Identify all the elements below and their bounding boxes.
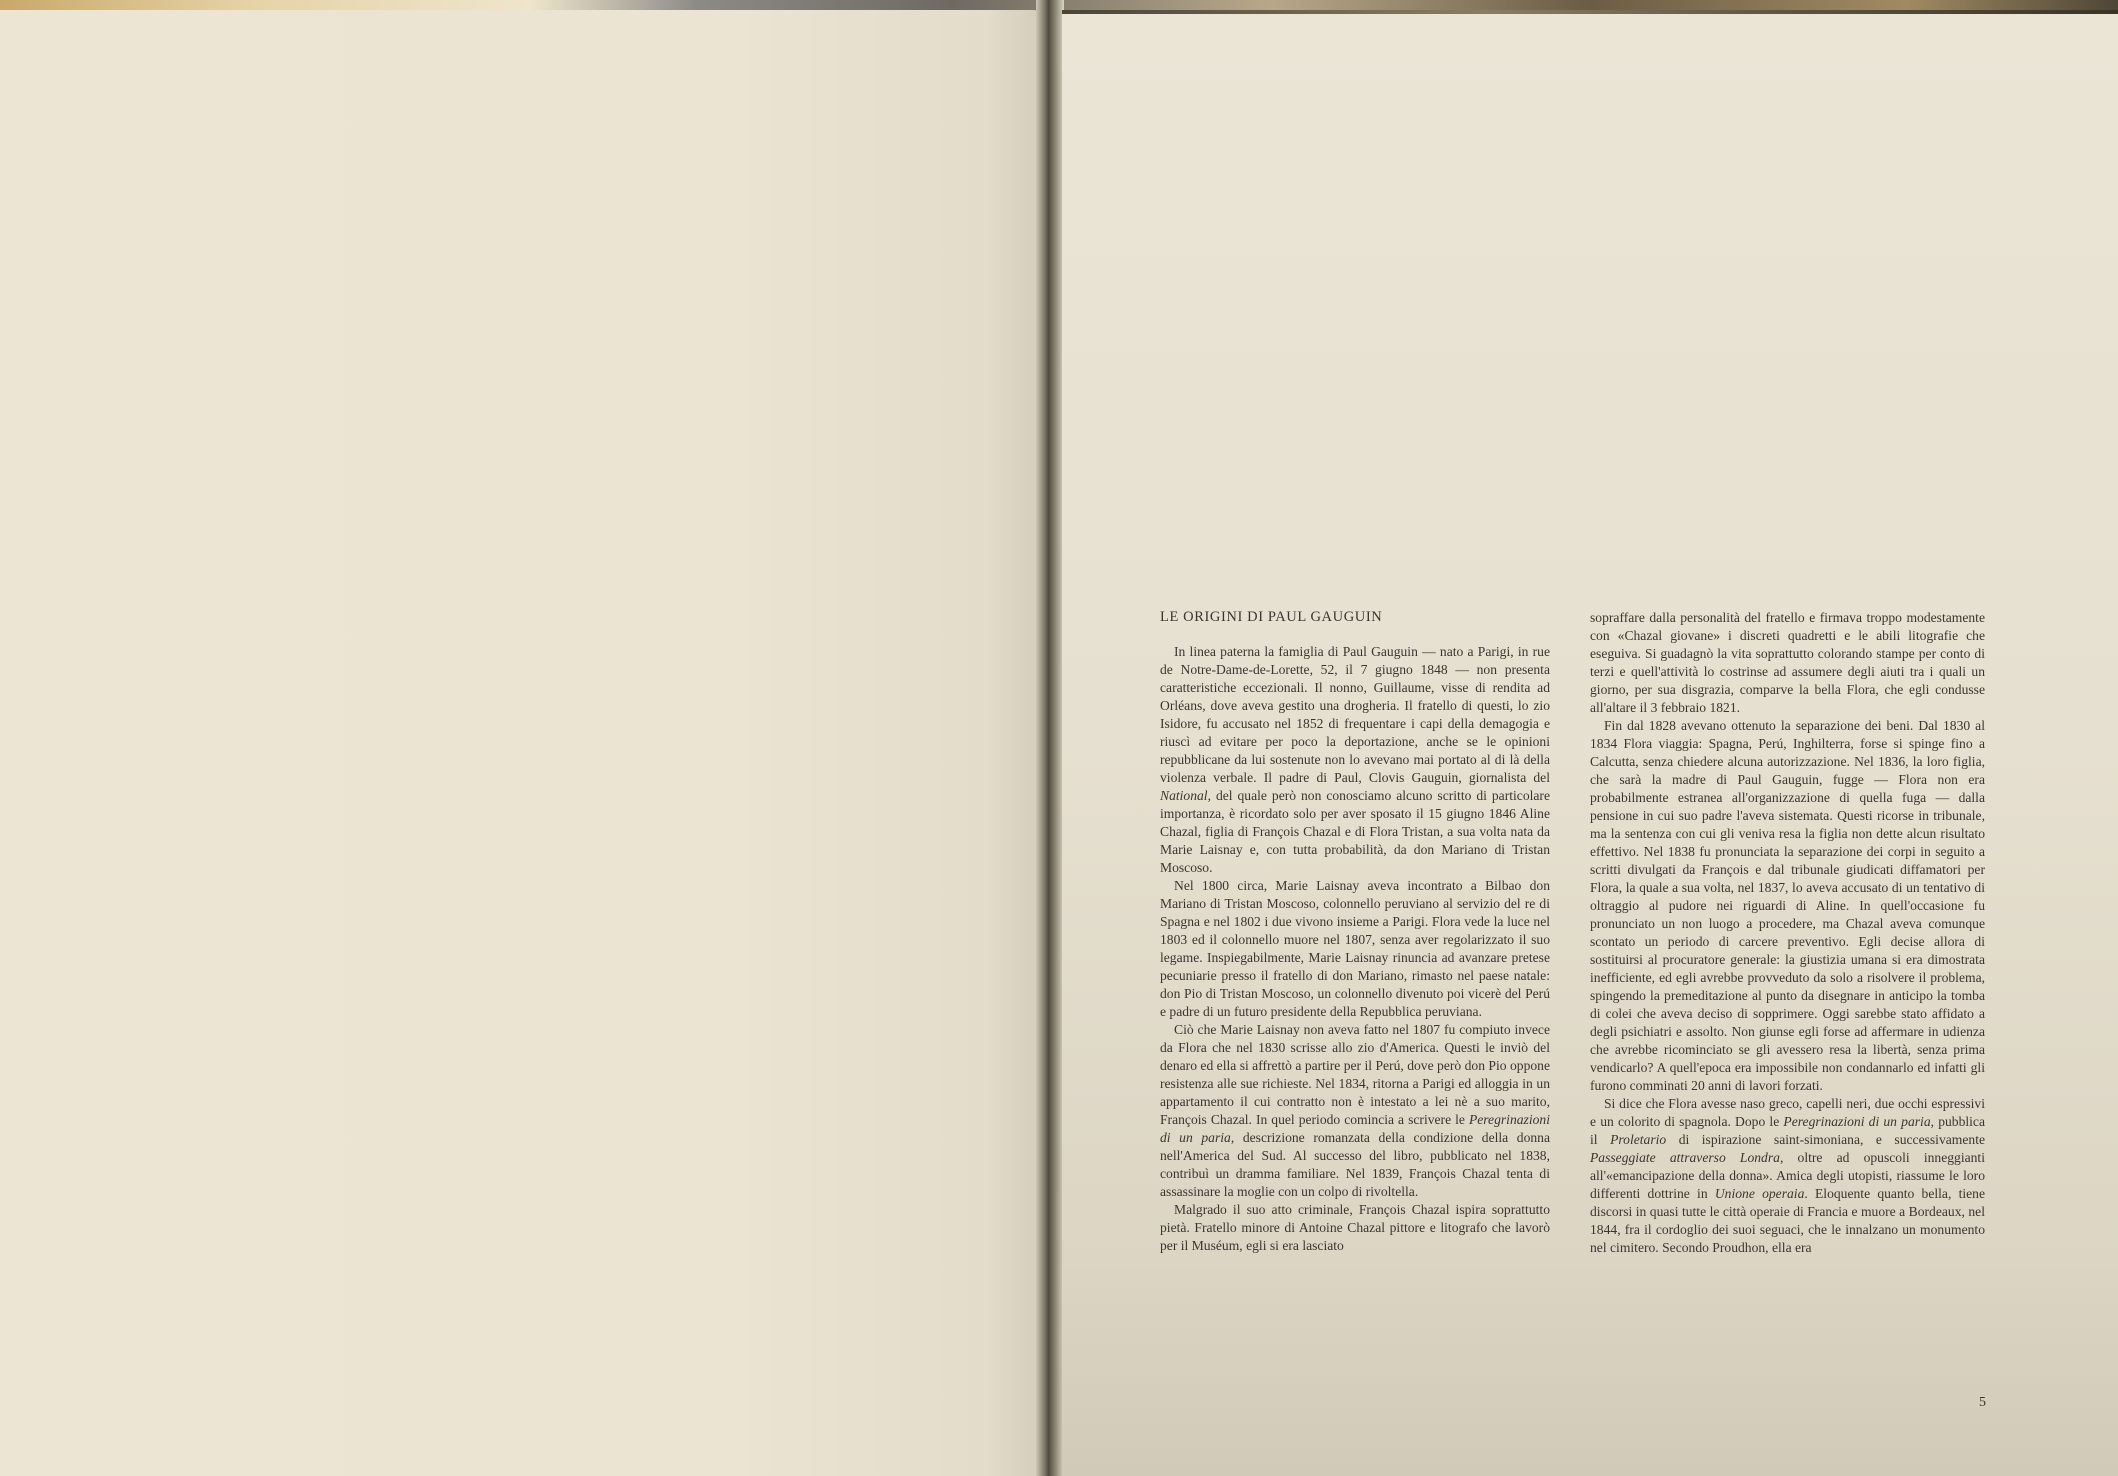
italic-title: Unione operaia xyxy=(1715,1186,1805,1201)
paragraph: Nel 1800 circa, Marie Laisnay aveva inco… xyxy=(1160,877,1550,1021)
paragraph: Malgrado il suo atto criminale, François… xyxy=(1160,1201,1550,1255)
italic-title: National xyxy=(1160,788,1208,803)
text-run: Nel 1800 circa, Marie Laisnay aveva inco… xyxy=(1160,878,1550,1019)
chapter-heading: LE ORIGINI DI PAUL GAUGUIN xyxy=(1160,608,1550,626)
text-run: In linea paterna la famiglia di Paul Gau… xyxy=(1160,644,1550,785)
text-column-left: LE ORIGINI DI PAUL GAUGUIN In linea pate… xyxy=(1160,608,1550,1255)
italic-title: Proletario xyxy=(1610,1132,1666,1147)
italic-title: Peregrinazioni di un paria xyxy=(1783,1114,1930,1129)
text-run: di ispirazione saint-simoniana, e succes… xyxy=(1666,1132,1985,1147)
paragraph: In linea paterna la famiglia di Paul Gau… xyxy=(1160,643,1550,877)
paragraph: Ciò che Marie Laisnay non aveva fatto ne… xyxy=(1160,1021,1550,1201)
paragraph: sopraffare dalla personalità del fratell… xyxy=(1590,609,1985,717)
paragraph: Si dice che Flora avesse naso greco, cap… xyxy=(1590,1095,1985,1257)
column-body: In linea paterna la famiglia di Paul Gau… xyxy=(1160,643,1550,1255)
column-body: sopraffare dalla personalità del fratell… xyxy=(1590,609,1985,1257)
text-run: sopraffare dalla personalità del fratell… xyxy=(1590,610,1985,715)
text-run: , del quale però non conosciamo alcuno s… xyxy=(1160,788,1550,875)
paragraph: Fin dal 1828 avevano ottenuto la separaz… xyxy=(1590,717,1985,1095)
text-column-right: sopraffare dalla personalità del fratell… xyxy=(1590,609,1985,1257)
page-number: 5 xyxy=(1979,1395,1986,1411)
text-run: Malgrado il suo atto criminale, François… xyxy=(1160,1202,1550,1253)
text-run: Fin dal 1828 avevano ottenuto la separaz… xyxy=(1590,718,1985,1093)
book-spine xyxy=(1036,0,1064,1476)
left-page-blank xyxy=(0,10,1038,1476)
italic-title: Passeggiate attraverso Londra xyxy=(1590,1150,1780,1165)
